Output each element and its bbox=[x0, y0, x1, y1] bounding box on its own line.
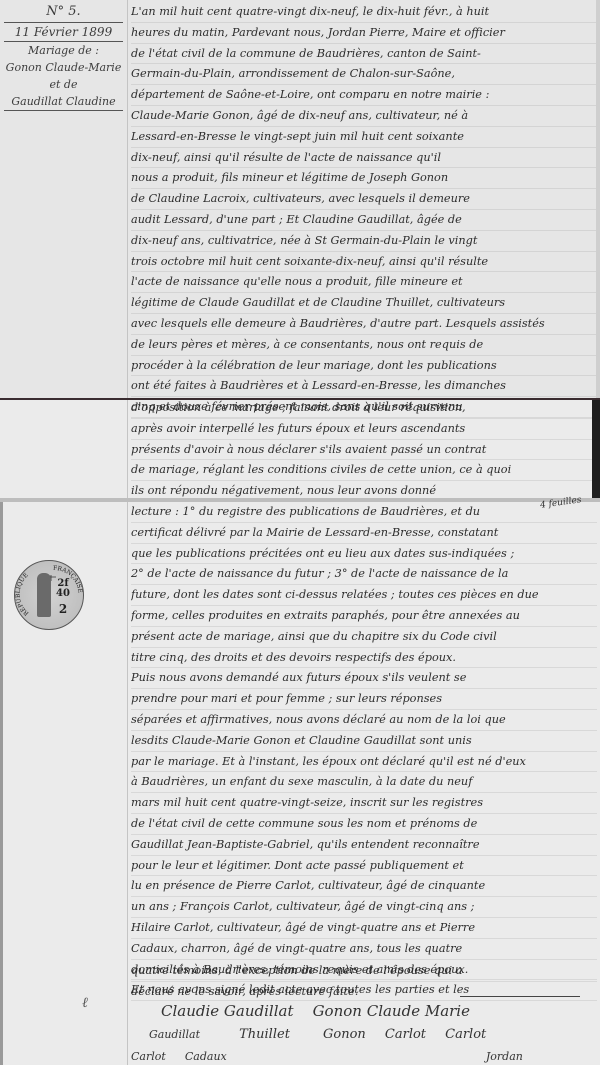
text-line: lecture : 1° du registre des publication… bbox=[131, 502, 597, 523]
text-line: Claude-Marie Gonon, âgé de dix-neuf ans,… bbox=[131, 106, 597, 127]
text-line: Cadaux, charron, âgé de vingt-quatre ans… bbox=[131, 939, 597, 960]
margin-divider bbox=[4, 110, 123, 111]
text-line: Puis nous avons demandé aux futurs époux… bbox=[131, 668, 597, 689]
text-line: par le mariage. Et à l'instant, les épou… bbox=[131, 752, 597, 773]
scan-edge-mid bbox=[592, 400, 600, 500]
signature: Cadaux bbox=[185, 1046, 227, 1065]
text-line: audit Lessard, d'une part ; Et Claudine … bbox=[131, 210, 597, 231]
text-line: à Baudrières, un enfant du sexe masculin… bbox=[131, 772, 597, 793]
record-body-top: L'an mil huit cent quatre-vingt dix-neuf… bbox=[131, 2, 597, 418]
text-line: nous a produit, fils mineur et légitime … bbox=[131, 168, 597, 189]
signature: Gonon bbox=[323, 1024, 366, 1046]
text-line: lesdits Claude-Marie Gonon et Claudine G… bbox=[131, 731, 597, 752]
text-line: Gaudillat Jean-Baptiste-Gabriel, qu'ils … bbox=[131, 835, 597, 856]
text-line: L'an mil huit cent quatre-vingt dix-neuf… bbox=[131, 2, 597, 23]
margin-header: N° 5. 11 Février 1899 Mariage de : Gonon… bbox=[0, 0, 127, 111]
text-line: trois octobre mil huit cent soixante-dix… bbox=[131, 252, 597, 273]
text-line: présents d'avoir à nous déclarer s'ils a… bbox=[131, 440, 597, 461]
text-line: de l'état civil de la commune de Baudriè… bbox=[131, 44, 597, 65]
signatures-block: Claudie Gaudillat Gonon Claude Marie Gau… bbox=[131, 1000, 597, 1065]
text-line: un ans ; François Carlot, cultivateur, â… bbox=[131, 897, 597, 918]
text-line: 2° de l'acte de naissance du futur ; 3° … bbox=[131, 564, 597, 585]
scan-edge-top bbox=[596, 0, 600, 400]
text-line: séparées et affirmatives, nous avons déc… bbox=[131, 710, 597, 731]
text-line: prendre pour mari et pour femme ; sur le… bbox=[131, 689, 597, 710]
margin-groom-name: Gonon Claude-Marie bbox=[0, 59, 127, 76]
record-date: 11 Février 1899 bbox=[0, 23, 127, 41]
record-body-seam: d'opposition à ce mariage ; faisant droi… bbox=[131, 398, 597, 502]
text-line: de leurs pères et mères, à ce consentant… bbox=[131, 335, 597, 356]
scan-edge-left bbox=[0, 500, 3, 1065]
text-line: d'opposition à ce mariage ; faisant droi… bbox=[131, 398, 597, 419]
text-line: lu en présence de Pierre Carlot, cultiva… bbox=[131, 876, 597, 897]
scan-seam-line bbox=[0, 398, 600, 400]
text-line: de l'état civil de cette commune sous le… bbox=[131, 814, 597, 835]
text-line: heures du matin, Pardevant nous, Jordan … bbox=[131, 23, 597, 44]
text-line: que les publications précitées ont eu li… bbox=[131, 544, 597, 565]
text-line: mars mil huit cent quatre-vingt-seize, i… bbox=[131, 793, 597, 814]
text-line: ont été faites à Baudrières et à Lessard… bbox=[131, 376, 597, 397]
text-line: avec lesquels elle demeure à Baudrières,… bbox=[131, 314, 597, 335]
text-line: dix-neuf ans, cultivatrice, née à St Ger… bbox=[131, 231, 597, 252]
record-body-bottom: lecture : 1° du registre des publication… bbox=[131, 502, 597, 1001]
text-line: procéder à la célébration de leur mariag… bbox=[131, 356, 597, 377]
record-number: N° 5. bbox=[0, 4, 127, 22]
stamp-value-bottom: 2 bbox=[55, 603, 71, 615]
text-line: légitime de Claude Gaudillat et de Claud… bbox=[131, 293, 597, 314]
margin-title-line: Mariage de : bbox=[0, 42, 127, 59]
text-line: certificat délivré par la Mairie de Less… bbox=[131, 523, 597, 544]
text-line: Hilaire Carlot, cultivateur, âgé de ving… bbox=[131, 918, 597, 939]
text-line: quatre témoins, à l'exception de la mère… bbox=[131, 961, 597, 982]
margin-rule bbox=[127, 0, 128, 1065]
signature: Gonon Claude Marie bbox=[313, 1000, 470, 1022]
text-line: de Claudine Lacroix, cultivateurs, avec … bbox=[131, 189, 597, 210]
text-line: titre cinq, des droits et des devoirs re… bbox=[131, 648, 597, 669]
text-line: Lessard-en-Bresse le vingt-sept juin mil… bbox=[131, 127, 597, 148]
signature: Thuillet bbox=[239, 1024, 290, 1046]
signature: Jordan bbox=[486, 1046, 523, 1065]
stamp-figure-icon bbox=[37, 573, 51, 617]
stamp-value-top: 2f 40 bbox=[55, 579, 71, 599]
text-line: l'acte de naissance qu'elle nous a produ… bbox=[131, 272, 597, 293]
text-line: dix-neuf, ainsi qu'il résulte de l'acte … bbox=[131, 148, 597, 169]
text-line: présent acte de mariage, ainsi que du ch… bbox=[131, 627, 597, 648]
scan-seam-strip bbox=[0, 498, 600, 502]
text-line: de mariage, réglant les conditions civil… bbox=[131, 460, 597, 481]
text-line: département de Saône-et-Loire, ont compa… bbox=[131, 85, 597, 106]
margin-mark: ℓ bbox=[82, 995, 88, 1012]
closing-rule bbox=[460, 996, 580, 997]
signature: Gaudillat bbox=[149, 1024, 200, 1046]
signature: Carlot bbox=[131, 1046, 166, 1065]
signature: Carlot bbox=[385, 1024, 426, 1046]
text-line: future, dont les dates sont ci-dessus re… bbox=[131, 585, 597, 606]
fiscal-stamp: RÉPUBLIQUE FRANÇAISE 2f 40 2 bbox=[14, 560, 84, 630]
margin-bride-name: Gaudillat Claudine bbox=[0, 93, 127, 110]
text-line: pour le leur et légitimer. Dont acte pas… bbox=[131, 856, 597, 877]
margin-title-line: et de bbox=[0, 76, 127, 93]
text-line: Germain-du-Plain, arrondissement de Chal… bbox=[131, 64, 597, 85]
svg-text:RÉPUBLIQUE: RÉPUBLIQUE bbox=[15, 572, 30, 617]
text-line: forme, celles produites en extraits para… bbox=[131, 606, 597, 627]
signature: Carlot bbox=[445, 1024, 486, 1046]
text-line: après avoir interpellé les futurs époux … bbox=[131, 419, 597, 440]
signature: Claudie Gaudillat bbox=[161, 1000, 293, 1022]
